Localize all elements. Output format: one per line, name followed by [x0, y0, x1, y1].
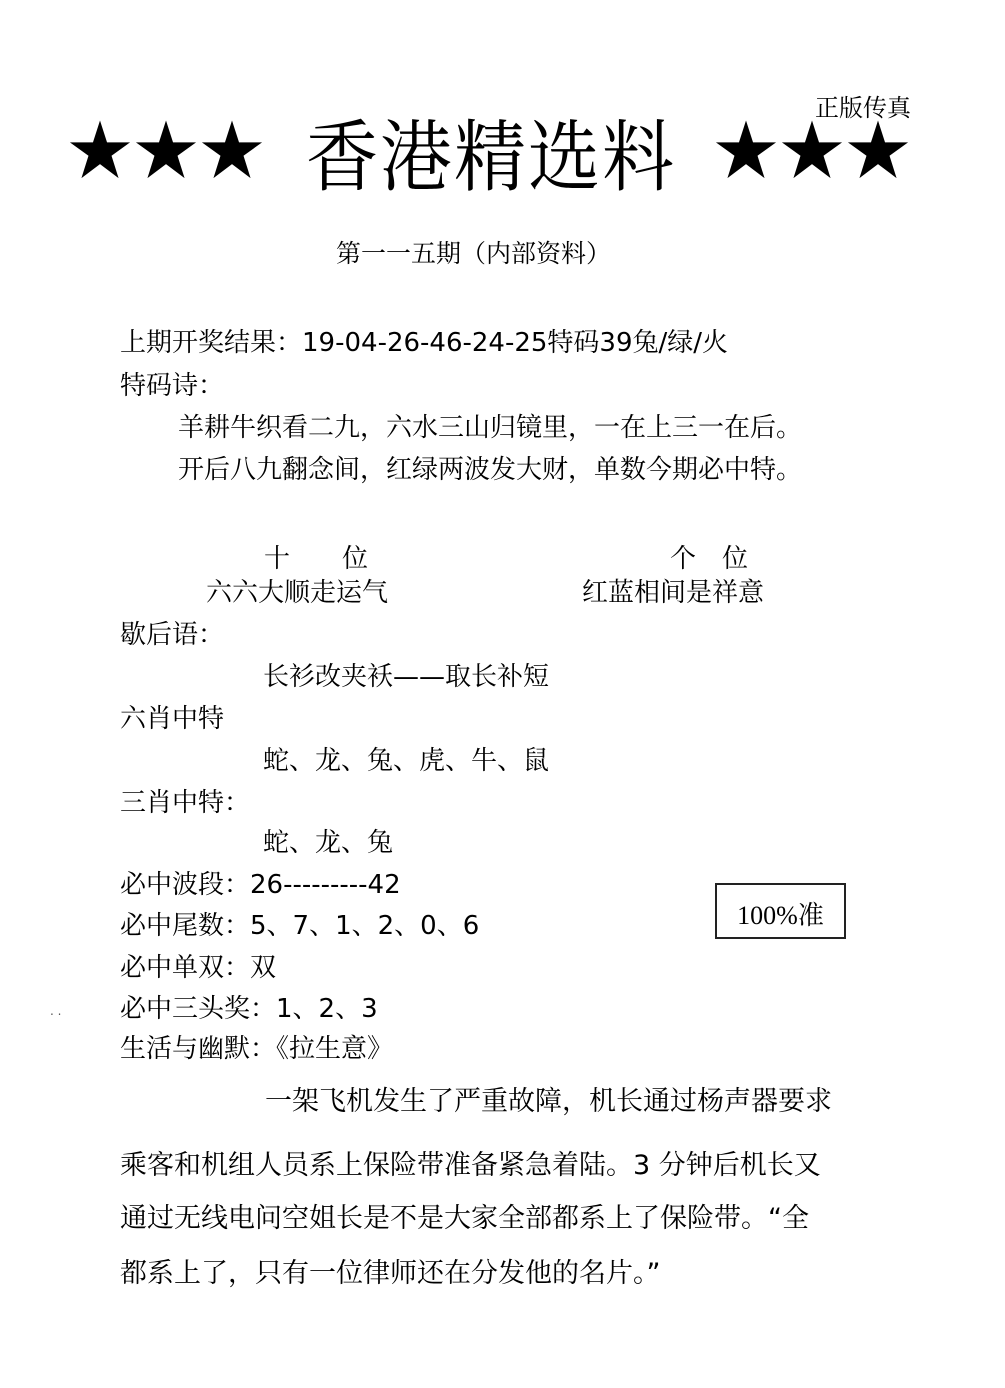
accuracy-badge: 100%准	[715, 883, 846, 939]
scan-dots: . .	[50, 1004, 61, 1018]
story-line-1: 一架飞机发生了严重故障，机长通过杨声器要求	[265, 1088, 832, 1115]
ones-text: 红蓝相间是祥意	[582, 580, 764, 606]
prediction-label: 必中尾数：	[120, 911, 250, 941]
last-result-label: 上期开奖结果：	[120, 328, 302, 358]
last-result-value: 19-04-26-46-24-25特码39兔/绿/火	[302, 328, 728, 358]
six-zodiac-value: 蛇、龙、兔、虎、牛、鼠	[263, 748, 549, 774]
three-zodiac-value: 蛇、龙、兔	[263, 830, 393, 856]
last-result: 上期开奖结果：19-04-26-46-24-25特码39兔/绿/火	[120, 330, 728, 356]
prediction-value: 双	[250, 953, 276, 983]
xiehouyu-text: 长衫改夹袄——取长补短	[263, 664, 549, 690]
tens-heading: 十 位	[264, 538, 368, 575]
star-icon	[714, 118, 778, 182]
story-line-2: 乘客和机组人员系上保险带准备紧急着陆。3 分钟后机长又	[120, 1152, 821, 1179]
xiehouyu-label: 歇后语：	[120, 622, 224, 648]
star-icon	[780, 118, 844, 182]
prediction-value: 26---------42	[250, 870, 401, 900]
prediction-label: 必中单双：	[120, 953, 250, 983]
poem-line-2: 开后八九翻念间，红绿两波发大财，单数今期必中特。	[178, 457, 802, 483]
poem-line-1: 羊耕牛织看二九，六水三山归镜里，一在上三一在后。	[178, 415, 802, 441]
prediction-tail-numbers: 必中尾数：5、7、1、2、0、6	[120, 913, 479, 939]
three-zodiac-label: 三肖中特：	[120, 790, 250, 816]
issue-subtitle: 第一一五期（内部资料）	[336, 234, 611, 270]
ones-heading: 个 位	[670, 538, 748, 575]
six-zodiac-label: 六肖中特	[120, 706, 224, 732]
star-icon	[200, 118, 264, 182]
stars-left	[68, 118, 264, 182]
tens-text: 六六大顺走运气	[206, 580, 388, 606]
humor-heading: 生活与幽默：《拉生意》	[120, 1036, 393, 1062]
prediction-label: 必中波段：	[120, 870, 250, 900]
poem-label: 特码诗：	[120, 373, 224, 399]
humor-title: 《拉生意》	[276, 1034, 393, 1064]
humor-label: 生活与幽默：	[120, 1034, 276, 1064]
prediction-odd-even: 必中单双：双	[120, 955, 276, 981]
stars-right	[714, 118, 910, 182]
prediction-value: 5、7、1、2、0、6	[250, 911, 479, 941]
star-icon	[134, 118, 198, 182]
prediction-top-three: 必中三头奖：1、2、3	[120, 996, 378, 1022]
prediction-label: 必中三头奖：	[120, 994, 276, 1024]
story-line-4: 都系上了，只有一位律师还在分发他的名片。”	[120, 1260, 661, 1287]
prediction-value: 1、2、3	[276, 994, 378, 1024]
prediction-wave-range: 必中波段：26---------42	[120, 872, 401, 898]
page-title: 香港精选料	[306, 118, 676, 196]
star-icon	[68, 118, 132, 182]
story-line-3: 通过无线电问空姐长是不是大家全部都系上了保险带。“全	[120, 1205, 809, 1232]
star-icon	[846, 118, 910, 182]
